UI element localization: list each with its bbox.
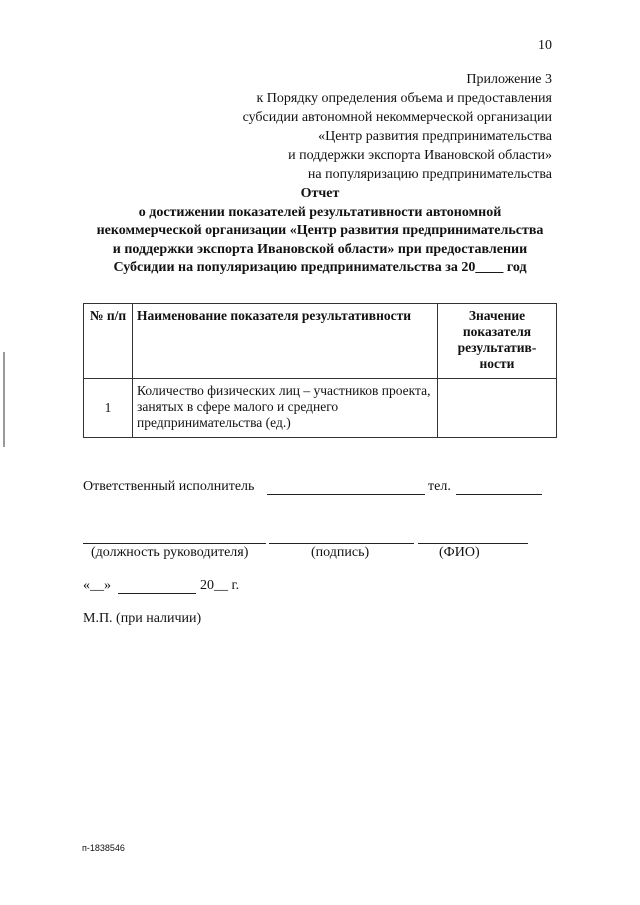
indicators-table: № п/п Наименование показателя результати… — [83, 303, 557, 438]
signature-caption: (подпись) — [311, 545, 369, 561]
stamp-label: М.П. (при наличии) — [83, 611, 201, 627]
cell-number: 1 — [84, 379, 133, 438]
header-number: № п/п — [84, 304, 133, 379]
document-code: п-1838546 — [82, 843, 125, 853]
responsible-label: Ответственный исполнитель — [83, 479, 254, 495]
fio-caption: (ФИО) — [439, 545, 480, 561]
report-title-line: Субсидии на популяризацию предпринимател… — [0, 259, 640, 278]
phone-field[interactable] — [456, 480, 542, 495]
appendix-header: Приложение 3 к Порядку определения объем… — [243, 70, 552, 184]
appendix-line: Приложение 3 — [243, 70, 552, 89]
report-title: Отчет о достижении показателей результат… — [0, 185, 640, 278]
report-title-line: некоммерческой организации «Центр развит… — [0, 222, 640, 241]
page-number: 10 — [538, 38, 552, 54]
date-day: «__» — [83, 578, 111, 594]
date-year: 20__ г. — [200, 578, 239, 594]
header-value: Значение показателя результатив-ности — [438, 304, 557, 379]
appendix-line: субсидии автономной некоммерческой орган… — [243, 108, 552, 127]
appendix-line: и поддержки экспорта Ивановской области» — [243, 146, 552, 165]
date-month-field[interactable] — [118, 579, 196, 594]
appendix-line: на популяризацию предпринимательства — [243, 165, 552, 184]
report-heading: Отчет — [0, 185, 640, 204]
appendix-line: «Центр развития предпринимательства — [243, 127, 552, 146]
header-name: Наименование показателя результативности — [133, 304, 438, 379]
scan-margin-mark — [3, 352, 5, 447]
signature-field[interactable] — [269, 530, 414, 544]
appendix-line: к Порядку определения объема и предостав… — [243, 89, 552, 108]
cell-value[interactable] — [438, 379, 557, 438]
position-field[interactable] — [83, 530, 266, 544]
responsible-field[interactable] — [267, 480, 425, 495]
table-header-row: № п/п Наименование показателя результати… — [84, 304, 557, 379]
cell-name: Количество физических лиц – участников п… — [133, 379, 438, 438]
position-caption: (должность руководителя) — [91, 545, 248, 561]
report-title-line: о достижении показателей результативност… — [0, 204, 640, 223]
report-title-line: и поддержки экспорта Ивановской области»… — [0, 241, 640, 260]
phone-label: тел. — [428, 479, 451, 495]
fio-field[interactable] — [418, 530, 528, 544]
table-row: 1 Количество физических лиц – участников… — [84, 379, 557, 438]
